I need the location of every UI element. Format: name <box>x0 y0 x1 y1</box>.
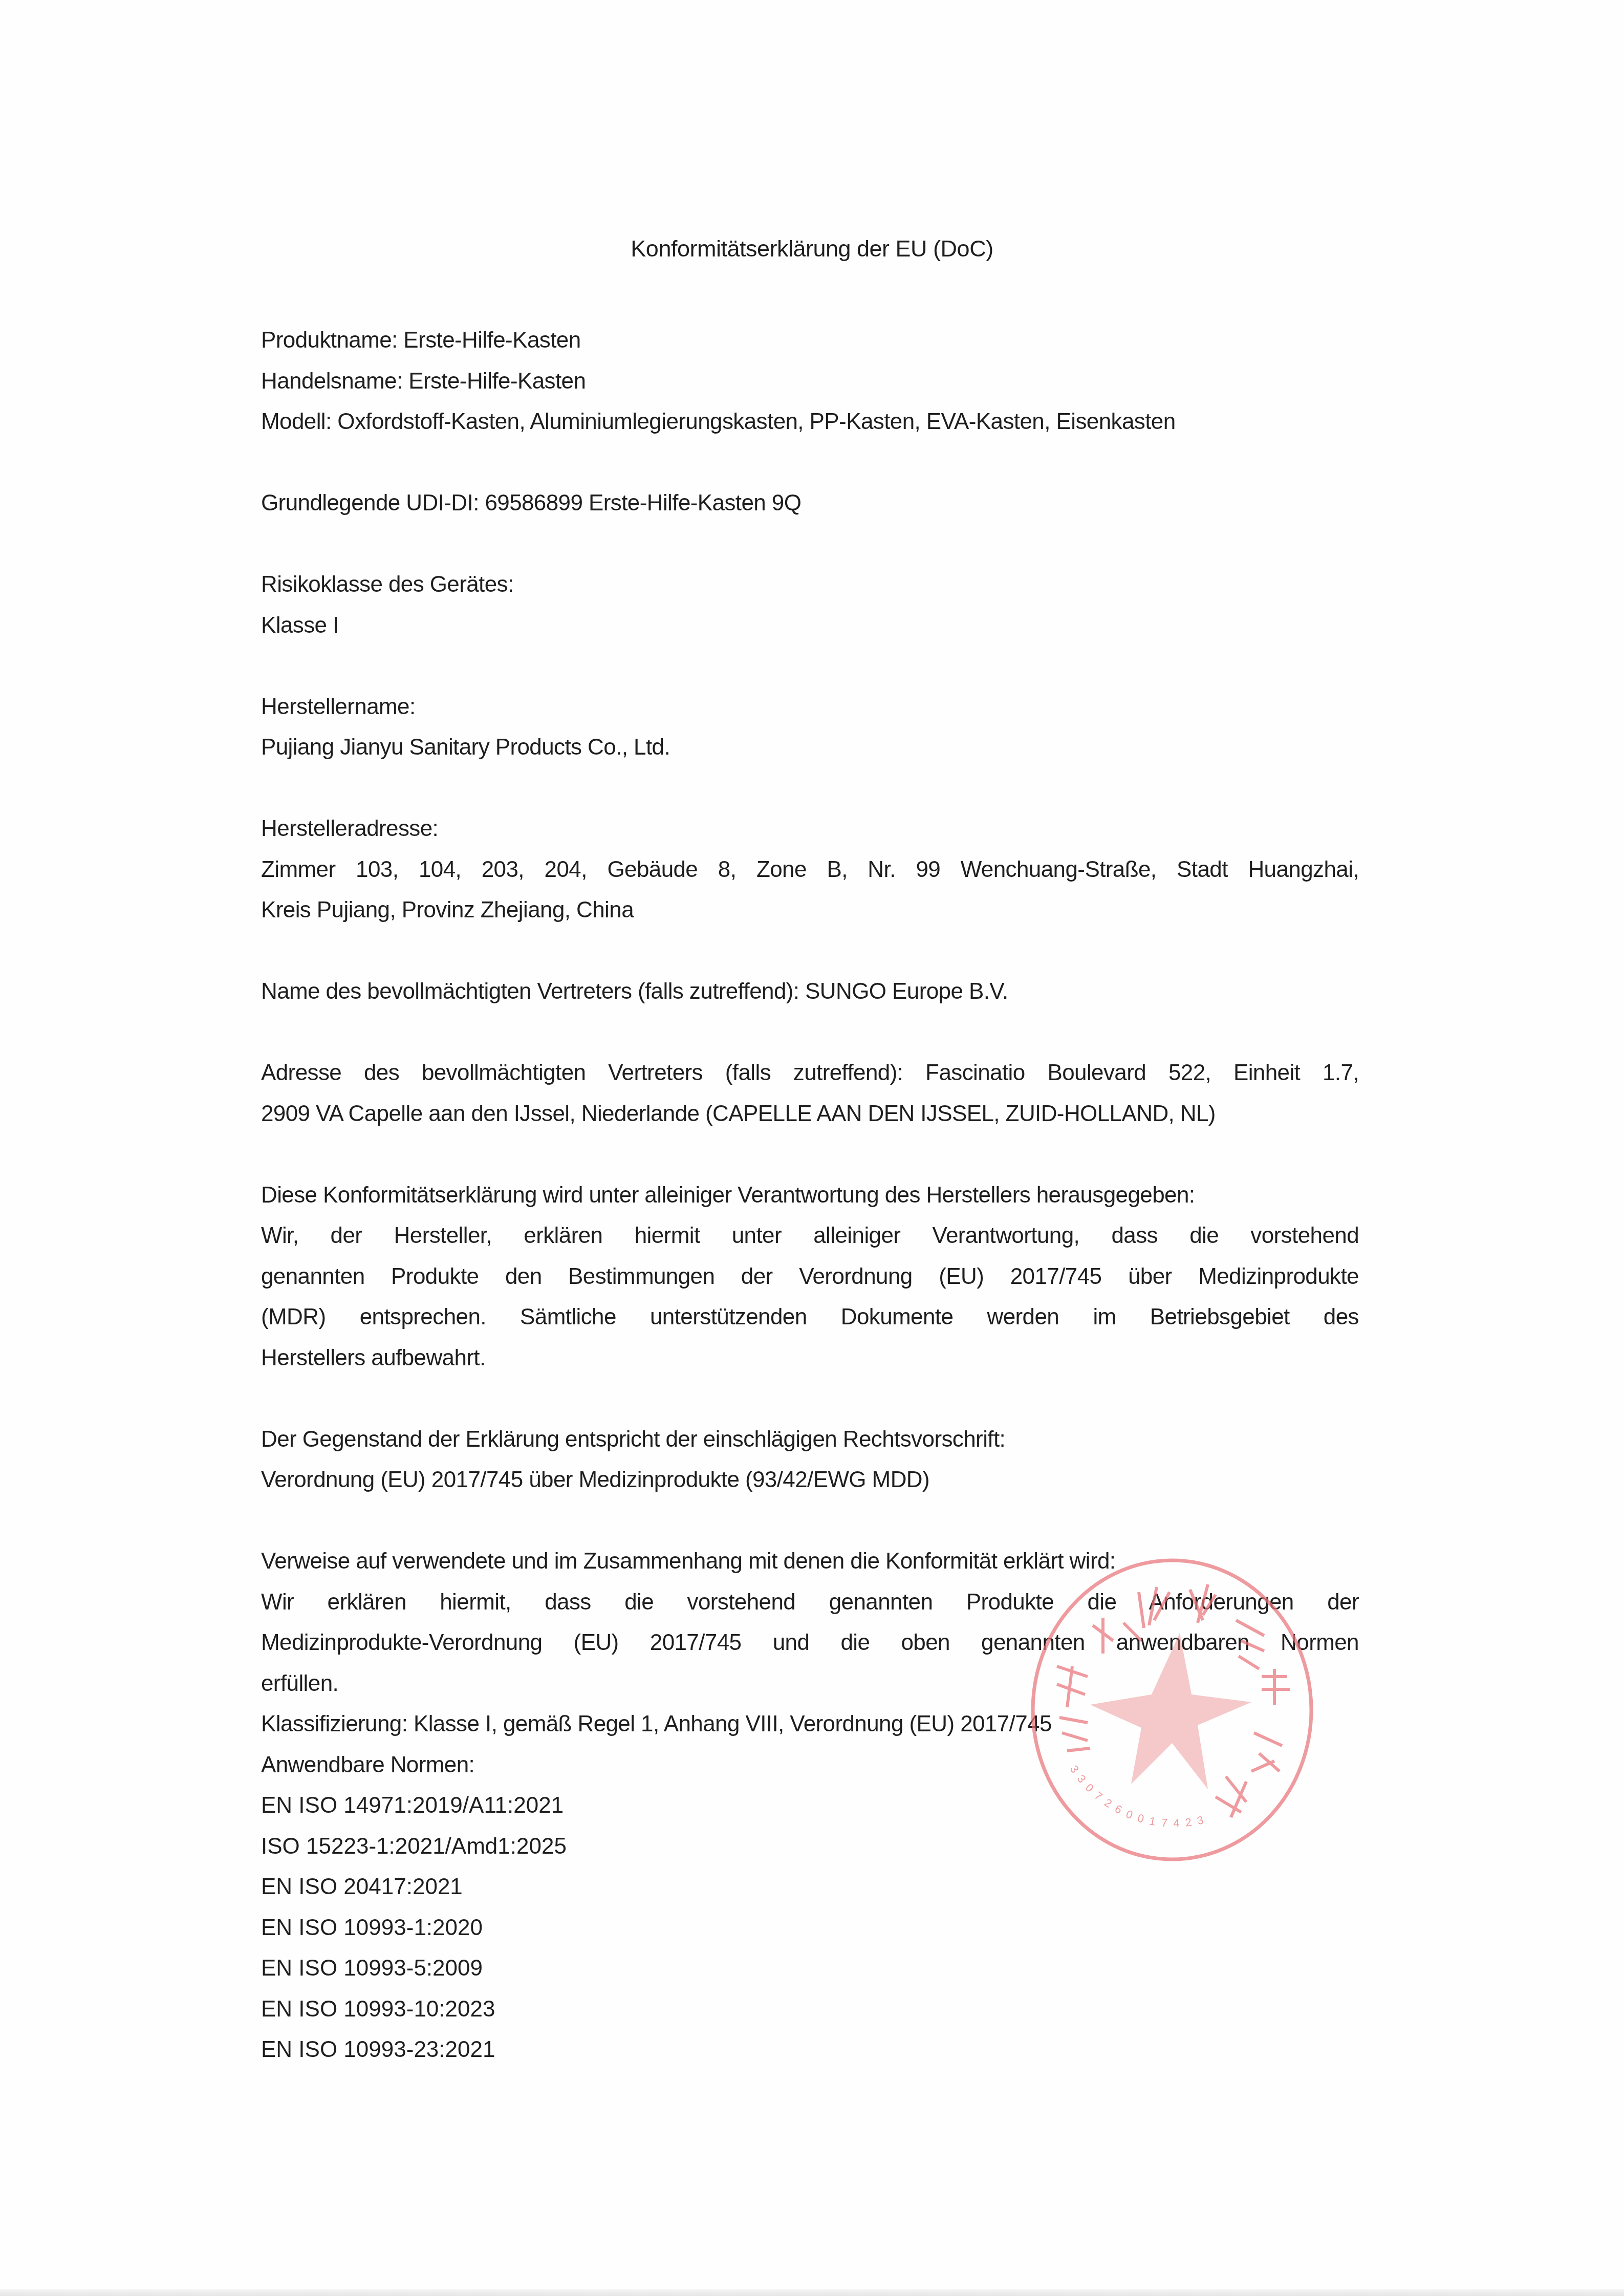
references-line: Wir erklären hiermit, dass die vorstehen… <box>261 1582 1359 1623</box>
manufacturer-address-line: Zimmer 103, 104, 203, 204, Gebäude 8, Zo… <box>261 849 1359 890</box>
trade-name: Handelsname: Erste-Hilfe-Kasten <box>261 361 1359 402</box>
standard-item: EN ISO 10993-1:2020 <box>261 1907 1359 1948</box>
legislation-line: Der Gegenstand der Erklärung entspricht … <box>261 1419 1359 1460</box>
manufacturer-address-label: Herstelleradresse: <box>261 808 1359 849</box>
responsibility-line: (MDR) entsprechen. Sämtliche unterstütze… <box>261 1297 1359 1338</box>
document-body: Produktname: Erste-Hilfe-Kasten Handelsn… <box>261 320 1359 2070</box>
product-name: Produktname: Erste-Hilfe-Kasten <box>261 320 1359 361</box>
references-line: erfüllen. <box>261 1663 1359 1704</box>
risk-class-label: Risikoklasse des Gerätes: <box>261 564 1359 605</box>
standard-item: ISO 15223-1:2021/Amd1:2025 <box>261 1826 1359 1867</box>
responsibility-line: Diese Konformitätserklärung wird unter a… <box>261 1175 1359 1216</box>
responsibility-line: genannten Produkte den Bestimmungen der … <box>261 1256 1359 1297</box>
authorized-rep-address-line: 2909 VA Capelle aan den IJssel, Niederla… <box>261 1093 1359 1134</box>
responsibility-line: Herstellers aufbewahrt. <box>261 1338 1359 1379</box>
manufacturer-name-value: Pujiang Jianyu Sanitary Products Co., Lt… <box>261 727 1359 768</box>
standards-label: Anwendbare Normen: <box>261 1745 1359 1786</box>
standard-item: EN ISO 20417:2021 <box>261 1866 1359 1907</box>
references-line: Verweise auf verwendete und im Zusammenh… <box>261 1541 1359 1582</box>
standard-item: EN ISO 10993-23:2021 <box>261 2029 1359 2070</box>
standard-item: EN ISO 10993-10:2023 <box>261 1989 1359 2030</box>
authorized-rep-address-line: Adresse des bevollmächtigten Vertreters … <box>261 1053 1359 1093</box>
scan-edge <box>0 2289 1624 2296</box>
document-page: Konformitätserklärung der EU (DoC) Produ… <box>0 0 1624 2296</box>
document-title: Konformitätserklärung der EU (DoC) <box>0 235 1624 262</box>
standard-item: EN ISO 14971:2019/A11:2021 <box>261 1785 1359 1826</box>
manufacturer-name-label: Herstellername: <box>261 686 1359 727</box>
legislation-line: Verordnung (EU) 2017/745 über Medizinpro… <box>261 1460 1359 1500</box>
responsibility-line: Wir, der Hersteller, erklären hiermit un… <box>261 1215 1359 1256</box>
basic-udi-di: Grundlegende UDI-DI: 69586899 Erste-Hilf… <box>261 483 1359 524</box>
model: Modell: Oxfordstoff-Kasten, Aluminiumleg… <box>261 401 1359 442</box>
classification: Klassifizierung: Klasse I, gemäß Regel 1… <box>261 1704 1359 1745</box>
authorized-rep-name: Name des bevollmächtigten Vertreters (fa… <box>261 971 1359 1012</box>
references-line: Medizinprodukte-Verordnung (EU) 2017/745… <box>261 1622 1359 1663</box>
standard-item: EN ISO 10993-5:2009 <box>261 1948 1359 1989</box>
manufacturer-address-line: Kreis Pujiang, Provinz Zhejiang, China <box>261 890 1359 931</box>
standards-list: EN ISO 14971:2019/A11:2021 ISO 15223-1:2… <box>261 1785 1359 2070</box>
risk-class-value: Klasse I <box>261 605 1359 646</box>
